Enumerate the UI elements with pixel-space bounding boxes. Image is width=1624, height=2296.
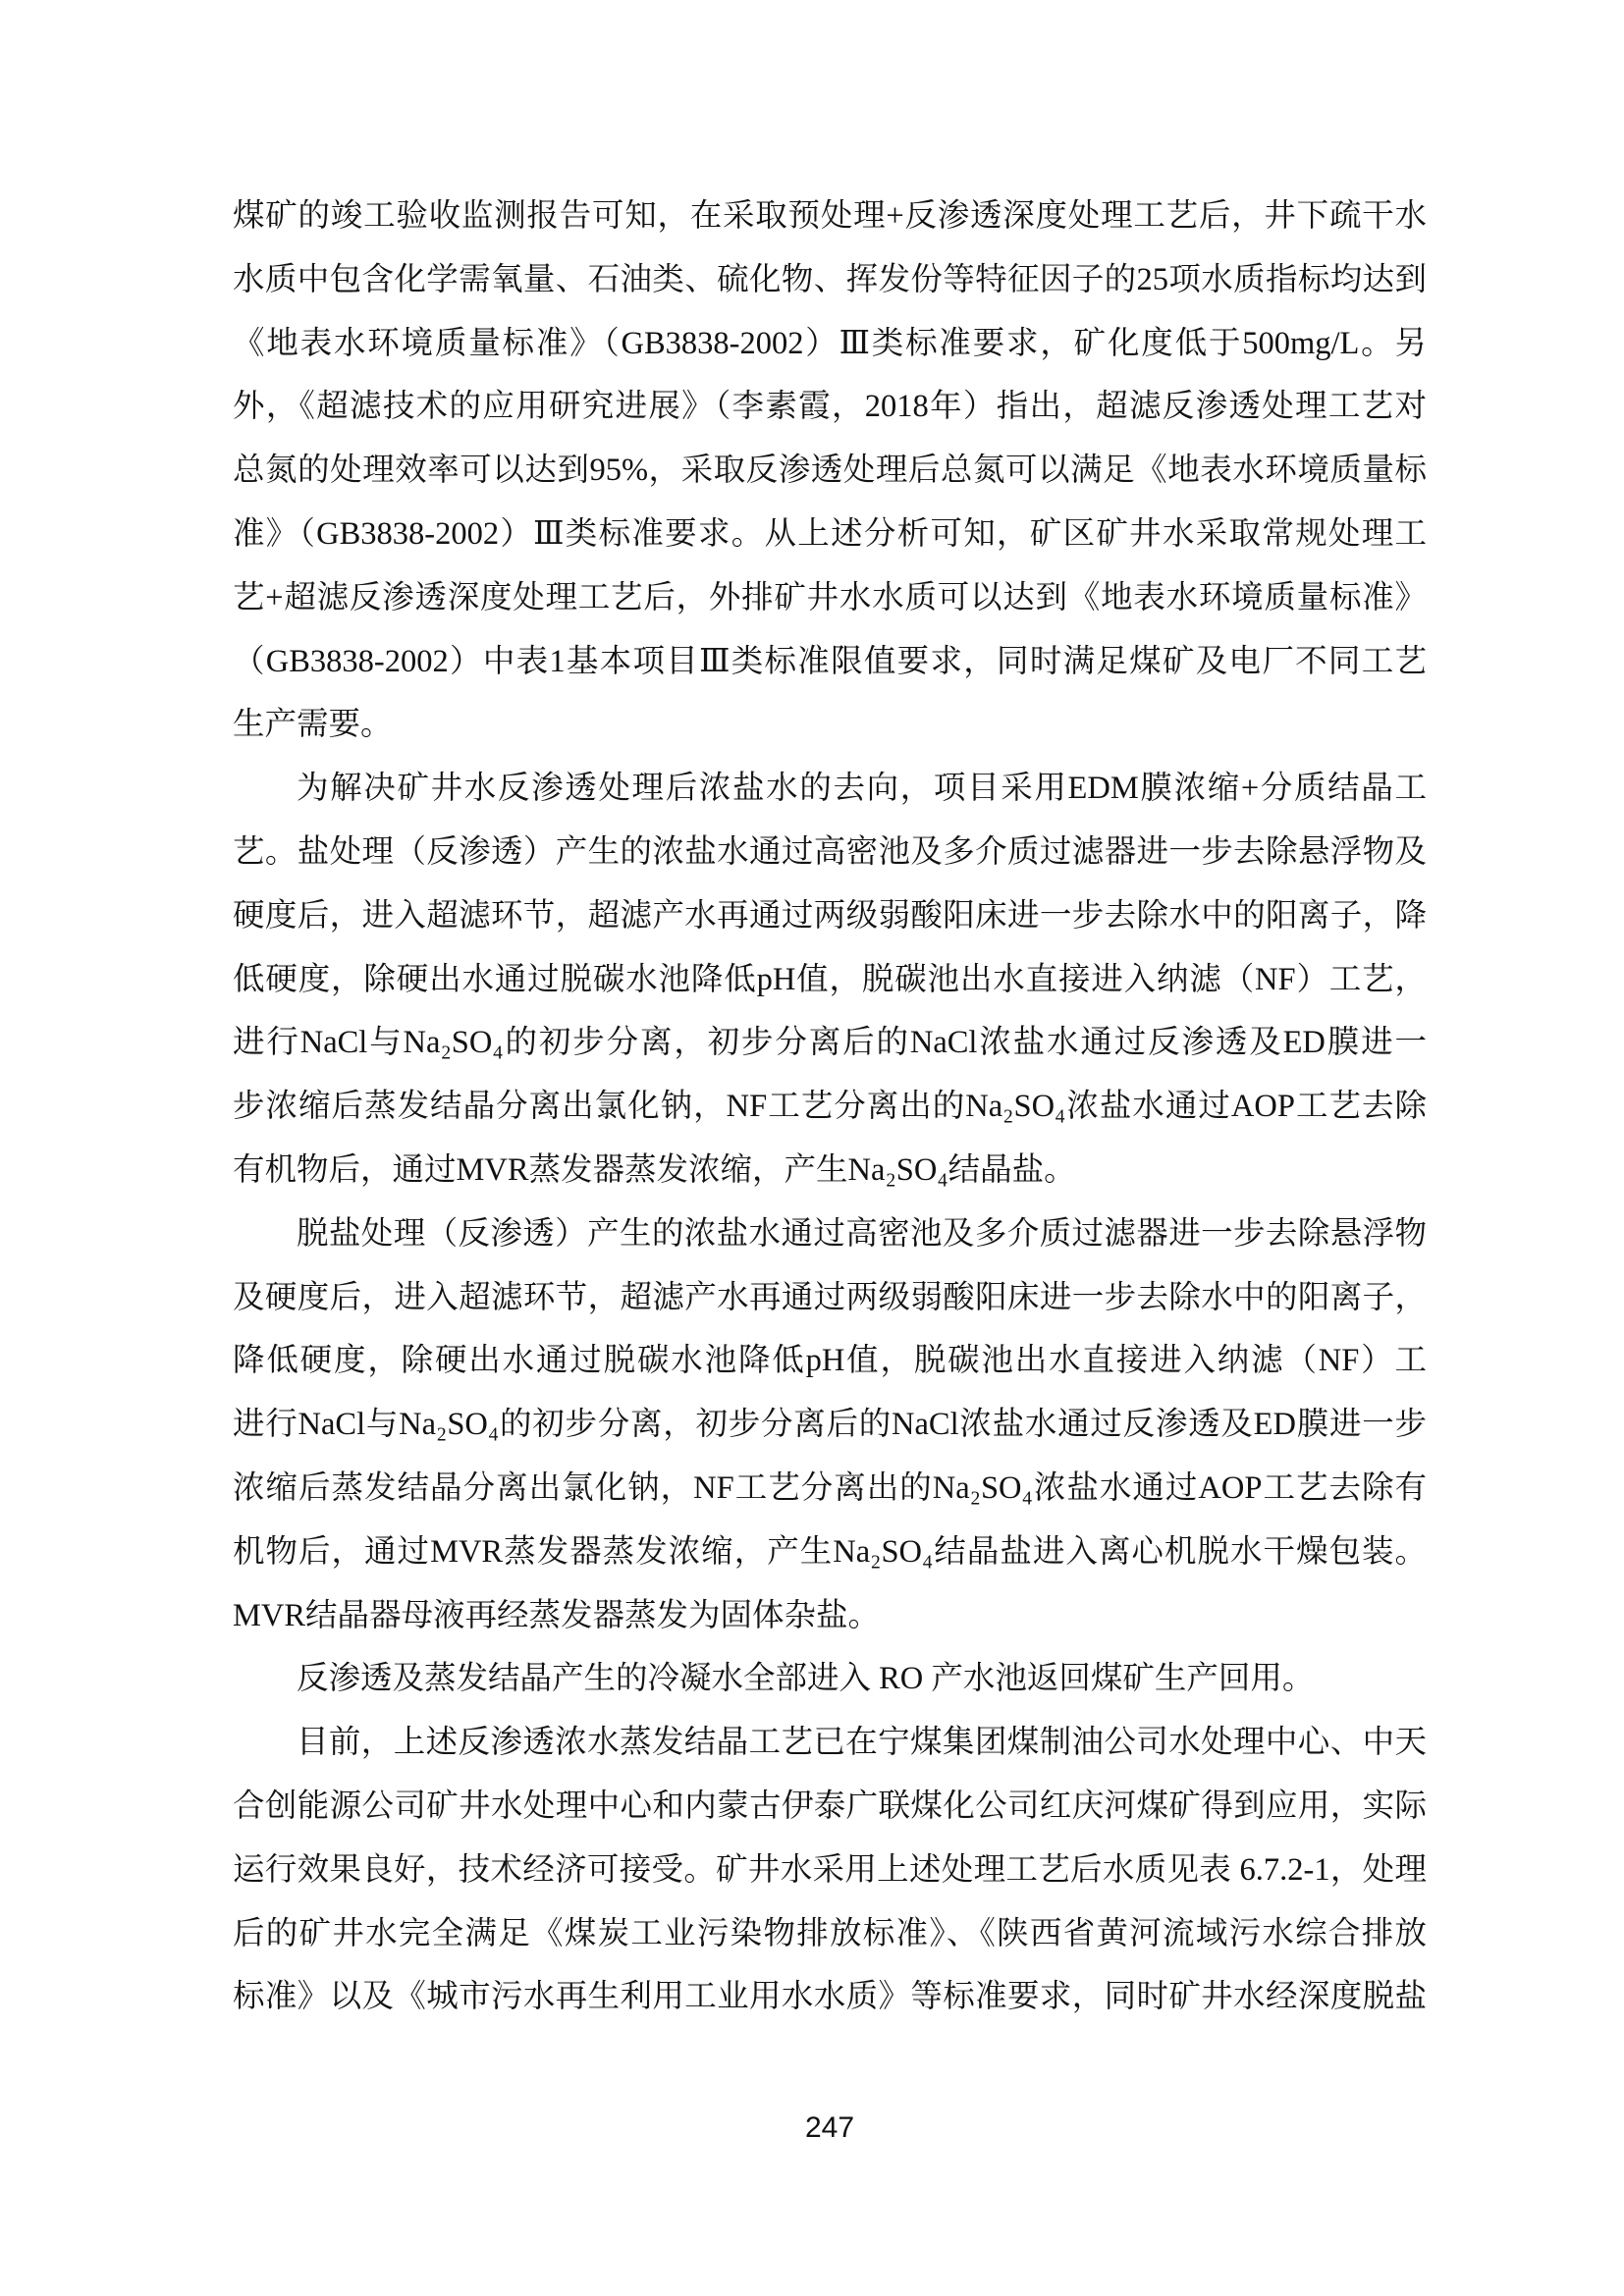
text-line: 硬度后，进入超滤环节，超滤产水再通过两级弱酸阳床进一步去除水中的阳离子，降 [233,884,1427,948]
text-line: 《地表水环境质量标准》（GB3838-2002）Ⅲ类标准要求，矿化度低于500m… [233,312,1427,376]
text-line: （GB3838-2002）中表1基本项目Ⅲ类标准限值要求，同时满足煤矿及电厂不同… [233,630,1427,694]
text-line: 总氮的处理效率可以达到95%，采取反渗透处理后总氮可以满足《地表水环境质量标 [233,439,1427,503]
text-line: 降低硬度，除硬出水通过脱碳水池降低pH值，脱碳池出水直接进入纳滤（NF）工艺， [233,1329,1427,1393]
page-number: 247 [233,2110,1427,2146]
text-line: 艺+超滤反渗透深度处理工艺后，外排矿井水水质可以达到《地表水环境质量标准》 [233,566,1427,630]
text-line: 为解决矿井水反渗透处理后浓盐水的去向，项目采用EDM膜浓缩+分质结晶工 [233,757,1427,821]
text-line: 合创能源公司矿井水处理中心和内蒙古伊泰广联煤化公司红庆河煤矿得到应用，实际 [233,1775,1427,1839]
text-line: 步浓缩后蒸发结晶分离出氯化钠，NF工艺分离出的Na₂SO₄浓盐水通过AOP工艺去… [233,1075,1427,1139]
text-line: 进行NaCl与Na₂SO₄的初步分离，初步分离后的NaCl浓盐水通过反渗透及ED… [233,1393,1427,1457]
text-block: 煤矿的竣工验收监测报告可知，在采取预处理+反渗透深度处理工艺后，井下疏干水水质中… [233,185,1427,2029]
text-line: 浓缩后蒸发结晶分离出氯化钠，NF工艺分离出的Na₂SO₄浓盐水通过AOP工艺去除… [233,1457,1427,1521]
text-line: 反渗透及蒸发结晶产生的冷凝水全部进入 RO 产水池返回煤矿生产回用。 [233,1647,1427,1711]
text-line: 机物后，通过MVR蒸发器蒸发浓缩，产生Na₂SO₄结晶盐进入离心机脱水干燥包装。 [233,1521,1427,1584]
text-line: 目前，上述反渗透浓水蒸发结晶工艺已在宁煤集团煤制油公司水处理中心、中天 [233,1711,1427,1775]
document-page: 煤矿的竣工验收监测报告可知，在采取预处理+反渗透深度处理工艺后，井下疏干水水质中… [0,0,1624,2296]
text-line: 准》（GB3838-2002）Ⅲ类标准要求。从上述分析可知，矿区矿井水采取常规处… [233,503,1427,566]
text-line: 运行效果良好，技术经济可接受。矿井水采用上述处理工艺后水质见表 6.7.2-1，… [233,1839,1427,1902]
text-line: MVR结晶器母液再经蒸发器蒸发为固体杂盐。 [233,1584,1427,1648]
text-line: 生产需要。 [233,693,1427,757]
text-line: 外，《超滤技术的应用研究进展》（李素霞，2018年）指出，超滤反渗透处理工艺对 [233,375,1427,439]
text-line: 煤矿的竣工验收监测报告可知，在采取预处理+反渗透深度处理工艺后，井下疏干水 [233,185,1427,248]
text-line: 进行NaCl与Na₂SO₄的初步分离，初步分离后的NaCl浓盐水通过反渗透及ED… [233,1011,1427,1075]
text-line: 脱盐处理（反渗透）产生的浓盐水通过高密池及多介质过滤器进一步去除悬浮物 [233,1202,1427,1266]
text-line: 有机物后，通过MVR蒸发器蒸发浓缩，产生Na₂SO₄结晶盐。 [233,1139,1427,1202]
text-line: 及硬度后，进入超滤环节，超滤产水再通过两级弱酸阳床进一步去除水中的阳离子， [233,1266,1427,1330]
text-line: 标准》以及《城市污水再生利用工业用水水质》等标准要求，同时矿井水经深度脱盐 [233,1965,1427,2029]
text-line: 水质中包含化学需氧量、石油类、硫化物、挥发份等特征因子的25项水质指标均达到 [233,248,1427,312]
text-line: 艺。盐处理（反渗透）产生的浓盐水通过高密池及多介质过滤器进一步去除悬浮物及 [233,821,1427,884]
text-line: 低硬度，除硬出水通过脱碳水池降低pH值，脱碳池出水直接进入纳滤（NF）工艺， [233,948,1427,1012]
text-line: 后的矿井水完全满足《煤炭工业污染物排放标准》、《陕西省黄河流域污水综合排放 [233,1902,1427,1966]
